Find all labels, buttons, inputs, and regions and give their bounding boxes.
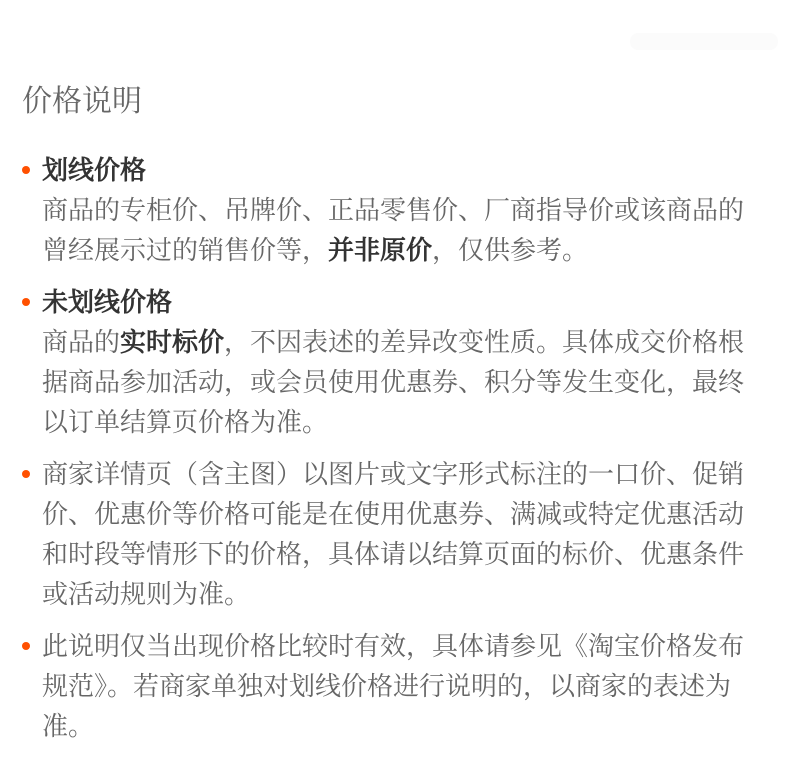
body-text: 商品的 [42,327,120,357]
bullet-dot-icon [22,166,30,174]
bullet-dot-icon [22,642,30,650]
bullet-dot-icon [22,298,30,306]
section-body: 商品的专柜价、吊牌价、正品零售价、厂商指导价或该商品的曾经展示过的销售价等，并非… [42,190,768,270]
list-item-non-crossed-price: 未划线价格 商品的实时标价，不因表述的差异改变性质。具体成交价格根据商品参加活动… [22,282,768,442]
list-item-price-comparison-note: 此说明仅当出现价格比较时有效，具体请参见《淘宝价格发布规范》。若商家单独对划线价… [22,626,768,746]
section-body: 此说明仅当出现价格比较时有效，具体请参见《淘宝价格发布规范》。若商家单独对划线价… [42,626,768,746]
price-explanation-page: 价格说明 划线价格 商品的专柜价、吊牌价、正品零售价、厂商指导价或该商品的曾经展… [0,0,790,760]
body-text-bold: 实时标价 [120,327,224,357]
body-text: ，仅供参考。 [432,235,588,265]
section-heading: 未划线价格 [42,282,768,322]
list-item-crossed-out-price: 划线价格 商品的专柜价、吊牌价、正品零售价、厂商指导价或该商品的曾经展示过的销售… [22,150,768,270]
section-heading: 划线价格 [42,150,768,190]
bullet-dot-icon [22,470,30,478]
body-text: 商家详情页（含主图）以图片或文字形式标注的一口价、促销价、优惠价等价格可能是在使… [42,459,744,609]
body-text-bold: 并非原价 [328,235,432,265]
body-text: 此说明仅当出现价格比较时有效，具体请参见《淘宝价格发布规范》。若商家单独对划线价… [42,631,744,741]
section-body: 商品的实时标价，不因表述的差异改变性质。具体成交价格根据商品参加活动，或会员使用… [42,322,768,442]
page-title: 价格说明 [22,0,768,120]
list-item-detail-page-price: 商家详情页（含主图）以图片或文字形式标注的一口价、促销价、优惠价等价格可能是在使… [22,454,768,614]
watermark-pill [630,33,778,50]
price-notes-list: 划线价格 商品的专柜价、吊牌价、正品零售价、厂商指导价或该商品的曾经展示过的销售… [22,150,768,746]
section-body: 商家详情页（含主图）以图片或文字形式标注的一口价、促销价、优惠价等价格可能是在使… [42,454,768,614]
